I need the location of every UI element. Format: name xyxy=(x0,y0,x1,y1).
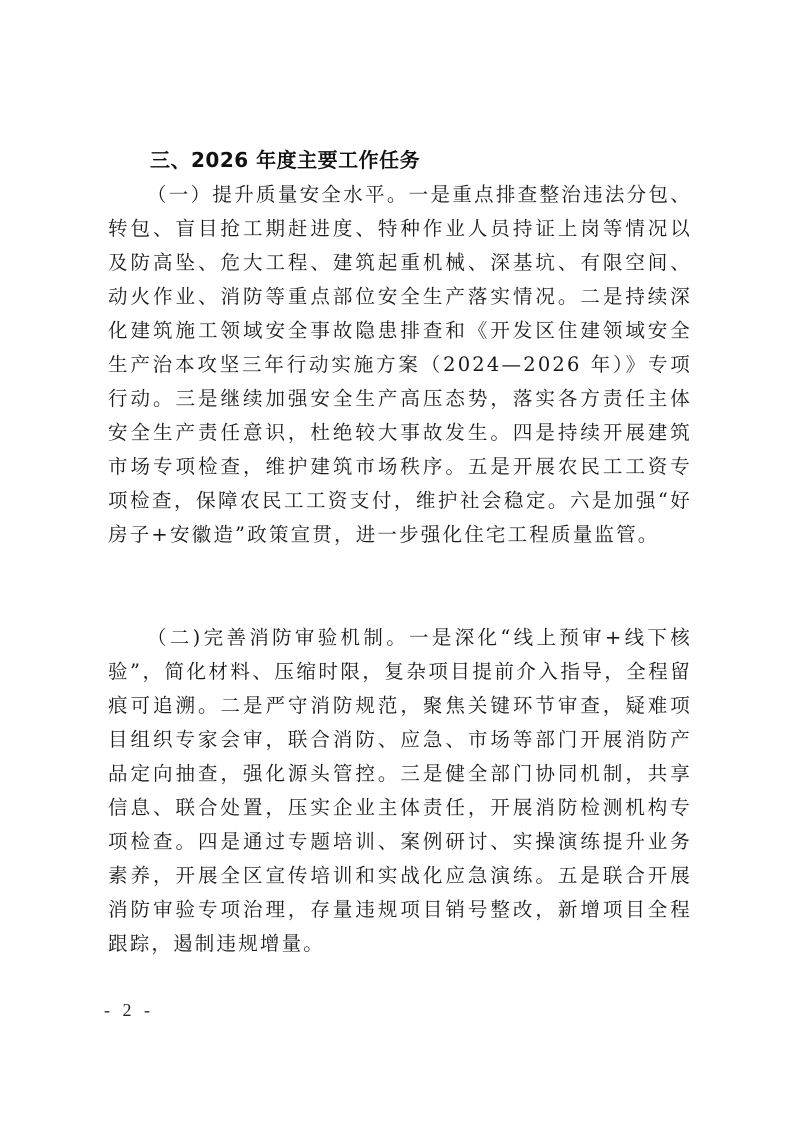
page-number: - 2 - xyxy=(104,1000,154,1021)
paragraph-text: （一）提升质量安全水平。一是重点排查整治违法分包、转包、盲目抢工期赶进度、特种作… xyxy=(108,178,692,552)
section-heading: 三、2026 年度主要工作任务 xyxy=(150,145,420,175)
paragraph-quality-safety: （一）提升质量安全水平。一是重点排查整治违法分包、转包、盲目抢工期赶进度、特种作… xyxy=(108,178,692,552)
document-page: 三、2026 年度主要工作任务 （一）提升质量安全水平。一是重点排查整治违法分包… xyxy=(0,0,793,1122)
paragraph-fire-review: （二)完善消防审验机制。一是深化“线上预审+线下核验”，简化材料、压缩时限，复杂… xyxy=(108,621,692,961)
paragraph-text: （二)完善消防审验机制。一是深化“线上预审+线下核验”，简化材料、压缩时限，复杂… xyxy=(108,621,692,961)
